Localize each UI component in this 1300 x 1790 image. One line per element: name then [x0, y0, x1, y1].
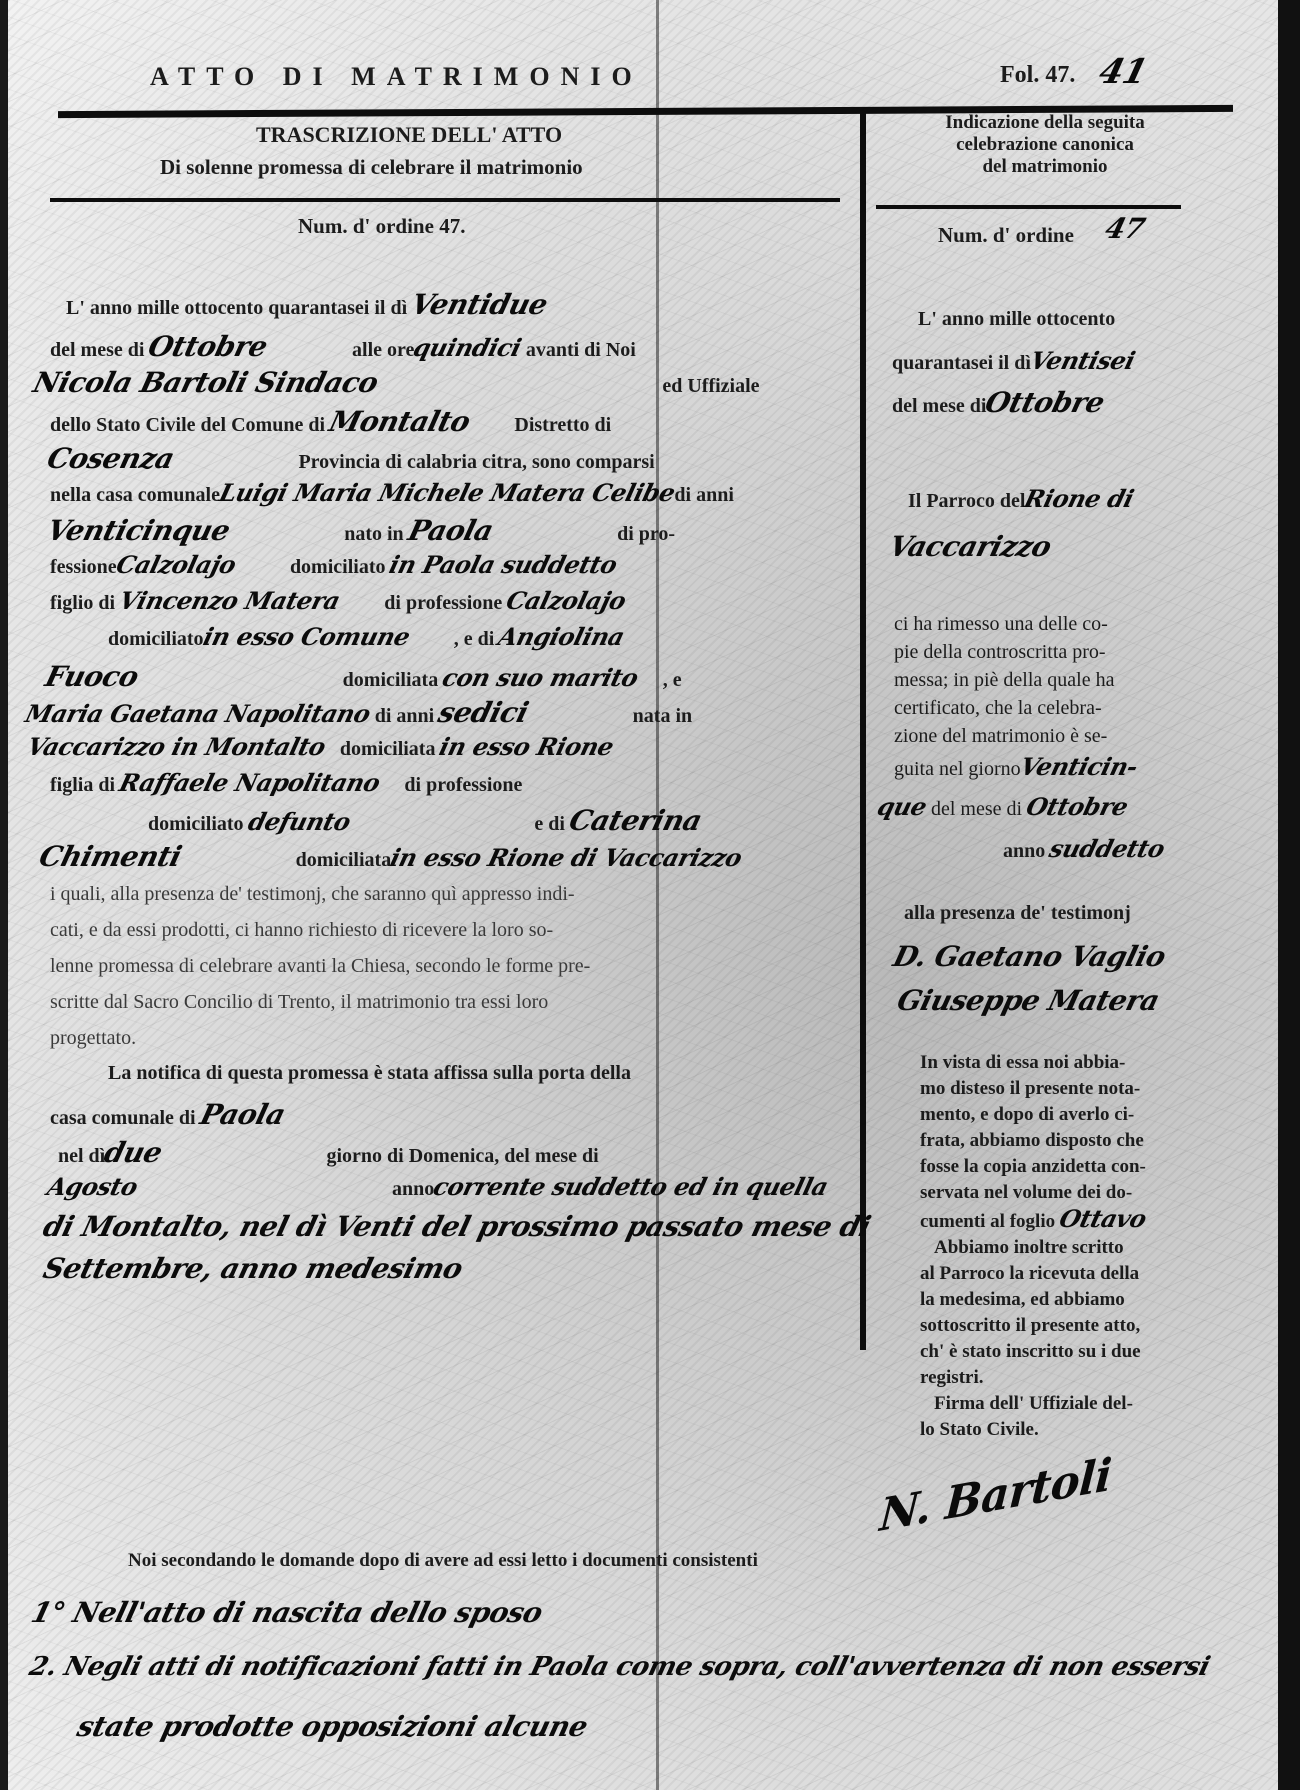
right-order-number-label: Num. d' ordine: [938, 223, 1074, 248]
right-date-line-2: quarantasei il dìVentisei: [892, 346, 1134, 375]
right-order-number: 47: [1102, 212, 1148, 245]
signature-handwritten: N. Bartoli: [878, 1449, 1113, 1542]
parroco-line: Il Parroco delRione di: [908, 484, 1133, 513]
text-line-1: L' anno mille ottocento quarantasei il d…: [66, 288, 547, 321]
closing-paragraph: In vista di essa noi abbia- mo disteso i…: [920, 1050, 1146, 1443]
parroco-place: Vaccarizzo: [886, 530, 1055, 563]
text-line-6: nella casa comunaleLuigi Maria Michele M…: [50, 478, 734, 507]
document-page: ATTO DI MATRIMONIO Fol. 47. 41 TRASCRIZI…: [8, 0, 1288, 1790]
text-line-4: dello Stato Civile del Comune di Montalt…: [50, 405, 611, 438]
text-line-8: fessioneCalzolajo domiciliato in Paola s…: [50, 550, 617, 579]
left-heading: TRASCRIZIONE DELL' ATTO: [256, 122, 562, 148]
left-heading-rule: [50, 198, 840, 202]
text-line-12: Maria Gaetana Napolitano di anni sedici …: [26, 696, 692, 729]
folio-label: Fol. 47.: [1000, 62, 1075, 89]
document-title: ATTO DI MATRIMONIO: [150, 62, 643, 92]
notice-line-1: La notifica di questa promessa è stata a…: [108, 1062, 631, 1085]
right-date-line-1: L' anno mille ottocento: [918, 308, 1115, 331]
witness-label: alla presenza de' testimonj: [904, 902, 1131, 925]
right-body-paragraph: ci ha rimesso una delle co- pie della co…: [894, 610, 1114, 750]
right-date-line-3: del mese diOttobre: [892, 386, 1104, 419]
paragraph-witness-request: i quali, alla presenza de' testimonj, ch…: [50, 876, 590, 1056]
text-line-11: Fuoco domiciliata con suo marito , e: [46, 660, 682, 693]
text-line-10: domiciliatoin esso Comune , e di Angioli…: [108, 622, 624, 651]
text-line-15: domiciliato defunto e di Caterina: [148, 804, 701, 837]
month-line: que del mese di Ottobre: [878, 792, 1127, 821]
text-line-14: figlia di Raffaele Napolitano di profess…: [50, 768, 522, 797]
text-line-2: del mese di Ottobre alle orequindici ava…: [50, 330, 636, 363]
documents-item-3: state prodotte opposizioni alcune: [74, 1710, 591, 1743]
notice-line-5: di Montalto, nel dì Venti del prossimo p…: [40, 1210, 874, 1243]
column-divider: [860, 110, 866, 1350]
right-heading-rule: [876, 205, 1181, 209]
fold-line: [656, 0, 659, 1790]
text-line-13: Vaccarizzo in Montalto domiciliata in es…: [28, 732, 613, 761]
witness-2: Giuseppe Matera: [894, 984, 1163, 1017]
left-subheading: Di solenne promessa di celebrare il matr…: [160, 155, 583, 180]
anno-line: anno suddetto: [1003, 834, 1164, 863]
text-line-7: Venticinque nato in Paola di pro-: [48, 514, 675, 547]
bleed-through-text: [68, 1340, 73, 1361]
text-line-16: Chimenti domiciliatain esso Rione di Vac…: [40, 840, 741, 873]
order-number-label: Num. d' ordine 47.: [298, 214, 465, 239]
notice-line-4: Agosto annocorrente suddetto ed in quell…: [48, 1172, 828, 1201]
documents-item-1: 1° Nell'atto di nascita dello sposo: [28, 1596, 546, 1629]
giorno-line: guita nel giornoVenticin-: [894, 752, 1137, 781]
notice-line-3: nel dìdue giorno di Domenica, del mese d…: [58, 1136, 599, 1169]
text-line-3: Nicola Bartoli Sindaco ed Uffiziale: [34, 366, 760, 399]
documents-intro: Noi secondando le domande dopo di avere …: [128, 1550, 758, 1572]
witness-1: D. Gaetano Vaglio: [890, 940, 1169, 973]
scan-edge: [1278, 0, 1300, 1790]
documents-item-2: 2. Negli atti di notificazioni fatti in …: [26, 1652, 1212, 1682]
text-line-9: figlio di Vincenzo Matera di professione…: [50, 586, 626, 615]
folio-number-handwritten: 41: [1095, 52, 1151, 92]
notice-line-2: casa comunale di Paola: [50, 1098, 284, 1131]
text-line-5: Cosenza Provincia di calabria citra, son…: [48, 442, 655, 475]
notice-line-6: Settembre, anno medesimo: [40, 1252, 466, 1285]
right-heading: Indicazione della seguita celebrazione c…: [890, 112, 1200, 178]
